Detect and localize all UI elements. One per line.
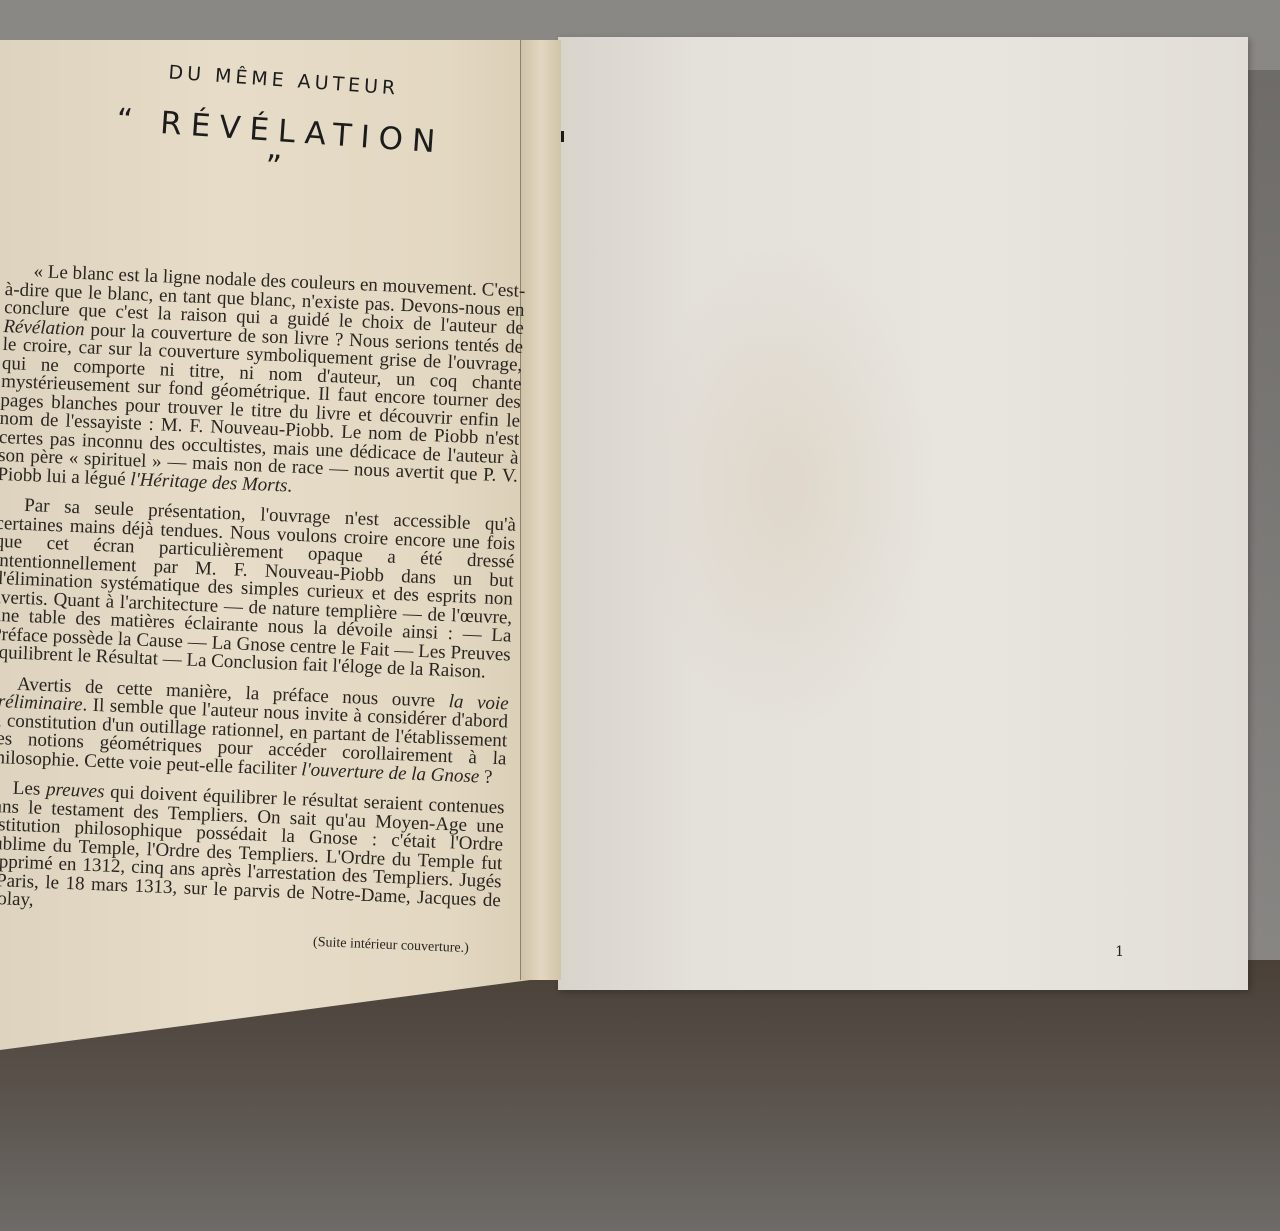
- heading-block: DU MÊME AUTEUR “ RÉVÉLATION ”: [112, 58, 449, 197]
- paragraph: « Le blanc est la ligne nodale des coule…: [0, 262, 526, 505]
- page-stain: [638, 237, 938, 737]
- text-segment: .: [287, 475, 293, 496]
- cover-fold: [520, 40, 561, 980]
- paragraph: Par sa seule présentation, l'ouvrage n'e…: [0, 496, 516, 683]
- page-number: 1: [1115, 944, 1124, 960]
- right-page: 1: [558, 37, 1248, 990]
- paragraph: Avertis de cette manière, la préface nou…: [0, 674, 509, 787]
- text-segment: ?: [479, 766, 493, 788]
- text-segment: Par sa seule présentation, l'ouvrage n'e…: [0, 495, 516, 683]
- text-segment: pour la couverture de son livre ? Nous s…: [0, 319, 523, 490]
- text-segment: qui doivent équilibrer le résultat serai…: [0, 781, 505, 910]
- paragraph: Les preuves qui doivent équilibrer le ré…: [0, 779, 505, 929]
- review-text: « Le blanc est la ligne nodale des coule…: [0, 262, 526, 959]
